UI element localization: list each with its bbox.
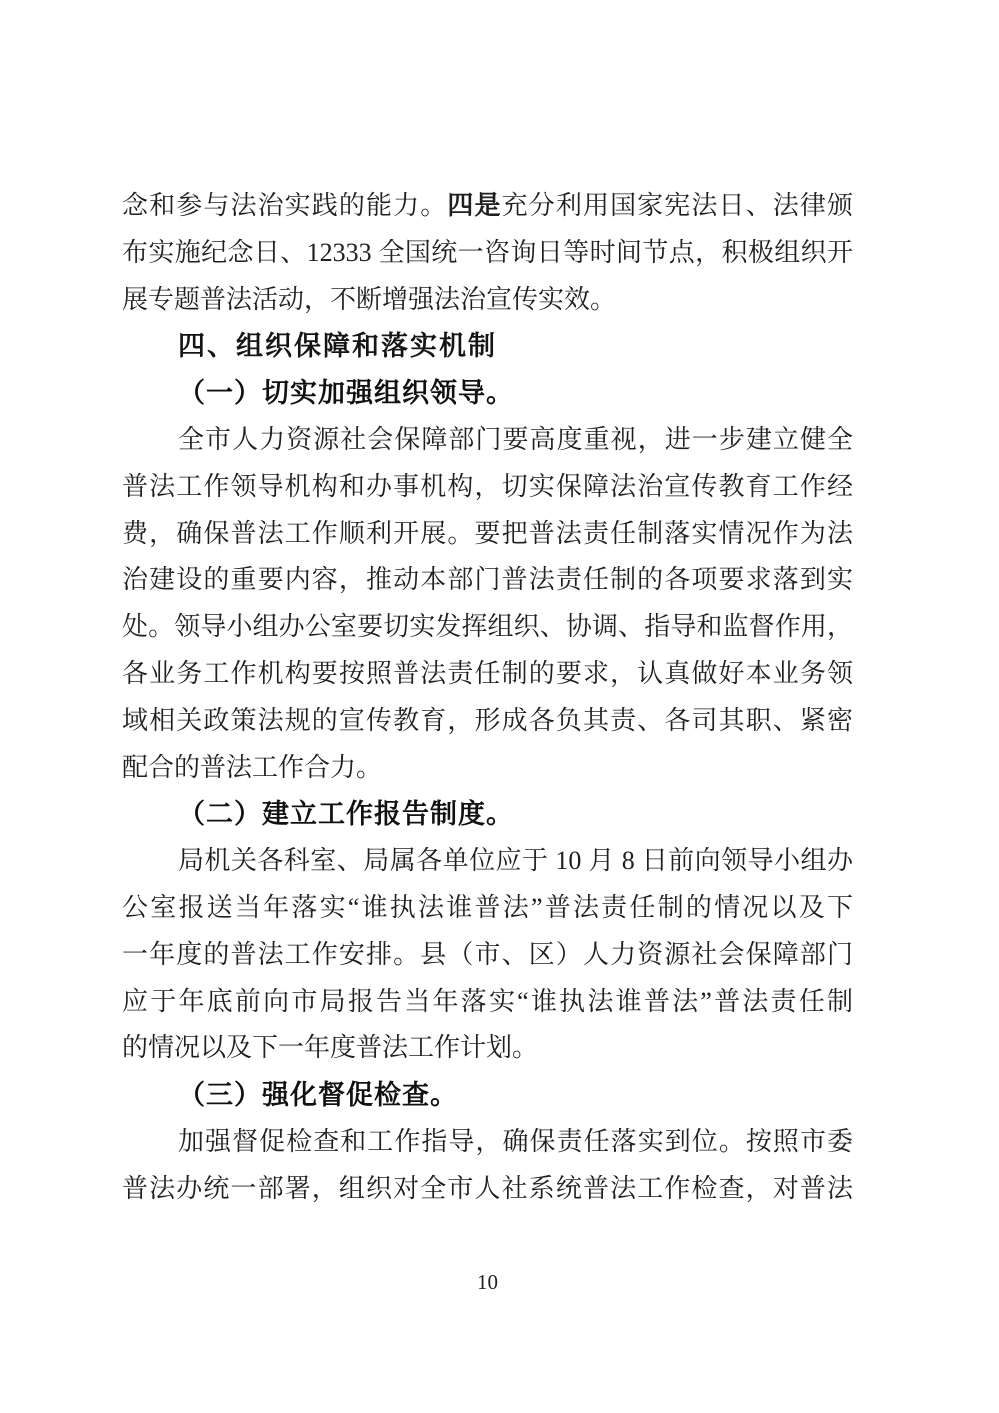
page-number: 10	[477, 1270, 498, 1294]
sub-heading: （二）建立工作报告制度。	[122, 791, 853, 838]
text-run: 治建设的重要内容，推动本部门普法责任制的各项要求落到实	[122, 565, 853, 594]
text-run: 四、组织保障和落实机制	[178, 331, 497, 361]
text-run: 应于年底前向市局报告当年落实“谁执法谁普法”普法责任制	[122, 987, 853, 1016]
text-run: （一）切实加强组织领导。	[178, 378, 514, 408]
emphasized-text-run: 四是	[447, 191, 501, 220]
text-line: 处。领导小组办公室要切实发挥组织、协调、指导和监督作用，	[122, 604, 853, 651]
text-run: 局机关各科室、局属各单位应于 10 月 8 日前向领导小组办	[178, 846, 853, 875]
text-line: 全市人力资源社会保障部门要高度重视，进一步建立健全	[122, 417, 853, 464]
text-run: 普法工作领导机构和办事机构，切实保障法治宣传教育工作经	[122, 472, 853, 501]
sub-heading: （三）强化督促检查。	[122, 1072, 853, 1119]
text-run: 一年度的普法工作安排。县（市、区）人力资源社会保障部门	[122, 940, 853, 969]
text-run: （三）强化督促检查。	[178, 1080, 458, 1110]
text-run: （二）建立工作报告制度。	[178, 799, 514, 829]
text-run: 公室报送当年落实“谁执法谁普法”普法责任制的情况以及下	[122, 893, 853, 922]
text-line: 念和参与法治实践的能力。四是充分利用国家宪法日、法律颁	[122, 183, 853, 230]
text-run: 的情况以及下一年度普法工作计划。	[122, 1033, 538, 1062]
text-line: 局机关各科室、局属各单位应于 10 月 8 日前向领导小组办	[122, 838, 853, 885]
text-line: 费，确保普法工作顺利开展。要把普法责任制落实情况作为法	[122, 511, 853, 558]
text-line: 的情况以及下一年度普法工作计划。	[122, 1025, 853, 1072]
text-line: 配合的普法工作合力。	[122, 745, 853, 792]
text-run: 念和参与法治实践的能力。	[122, 191, 447, 220]
text-line: 应于年底前向市局报告当年落实“谁执法谁普法”普法责任制	[122, 979, 853, 1026]
text-run: 费，确保普法工作顺利开展。要把普法责任制落实情况作为法	[122, 519, 853, 548]
document-page: 念和参与法治实践的能力。四是充分利用国家宪法日、法律颁布实施纪念日、12333 …	[0, 0, 999, 1413]
text-run: 布实施纪念日、12333 全国统一咨询日等时间节点，积极组织开	[122, 238, 853, 267]
text-run: 展专题普法活动，不断增强法治宣传实效。	[122, 285, 616, 314]
text-run: 配合的普法工作合力。	[122, 753, 382, 782]
text-run: 加强督促检查和工作指导，确保责任落实到位。按照市委	[178, 1127, 853, 1156]
text-run: 各业务工作机构要按照普法责任制的要求，认真做好本业务领	[122, 659, 853, 688]
text-line: 各业务工作机构要按照普法责任制的要求，认真做好本业务领	[122, 651, 853, 698]
page-footer: 10	[122, 1268, 853, 1296]
text-line: 公室报送当年落实“谁执法谁普法”普法责任制的情况以及下	[122, 885, 853, 932]
text-run: 充分利用国家宪法日、法律颁	[502, 191, 853, 220]
text-line: 加强督促检查和工作指导，确保责任落实到位。按照市委	[122, 1119, 853, 1166]
text-run: 全市人力资源社会保障部门要高度重视，进一步建立健全	[178, 425, 853, 454]
text-run: 处。领导小组办公室要切实发挥组织、协调、指导和监督作用，	[122, 612, 853, 641]
text-line: 普法办统一部署，组织对全市人社系统普法工作检查，对普法	[122, 1166, 853, 1213]
text-line: 展专题普法活动，不断增强法治宣传实效。	[122, 277, 853, 324]
text-line: 域相关政策法规的宣传教育，形成各负其责、各司其职、紧密	[122, 698, 853, 745]
text-run: 域相关政策法规的宣传教育，形成各负其责、各司其职、紧密	[122, 706, 853, 735]
text-line: 普法工作领导机构和办事机构，切实保障法治宣传教育工作经	[122, 464, 853, 511]
document-body: 念和参与法治实践的能力。四是充分利用国家宪法日、法律颁布实施纪念日、12333 …	[122, 183, 853, 1213]
text-line: 布实施纪念日、12333 全国统一咨询日等时间节点，积极组织开	[122, 230, 853, 277]
text-line: 一年度的普法工作安排。县（市、区）人力资源社会保障部门	[122, 932, 853, 979]
sub-heading: （一）切实加强组织领导。	[122, 370, 853, 417]
text-line: 治建设的重要内容，推动本部门普法责任制的各项要求落到实	[122, 557, 853, 604]
section-heading: 四、组织保障和落实机制	[122, 323, 853, 370]
text-run: 普法办统一部署，组织对全市人社系统普法工作检查，对普法	[122, 1174, 853, 1203]
